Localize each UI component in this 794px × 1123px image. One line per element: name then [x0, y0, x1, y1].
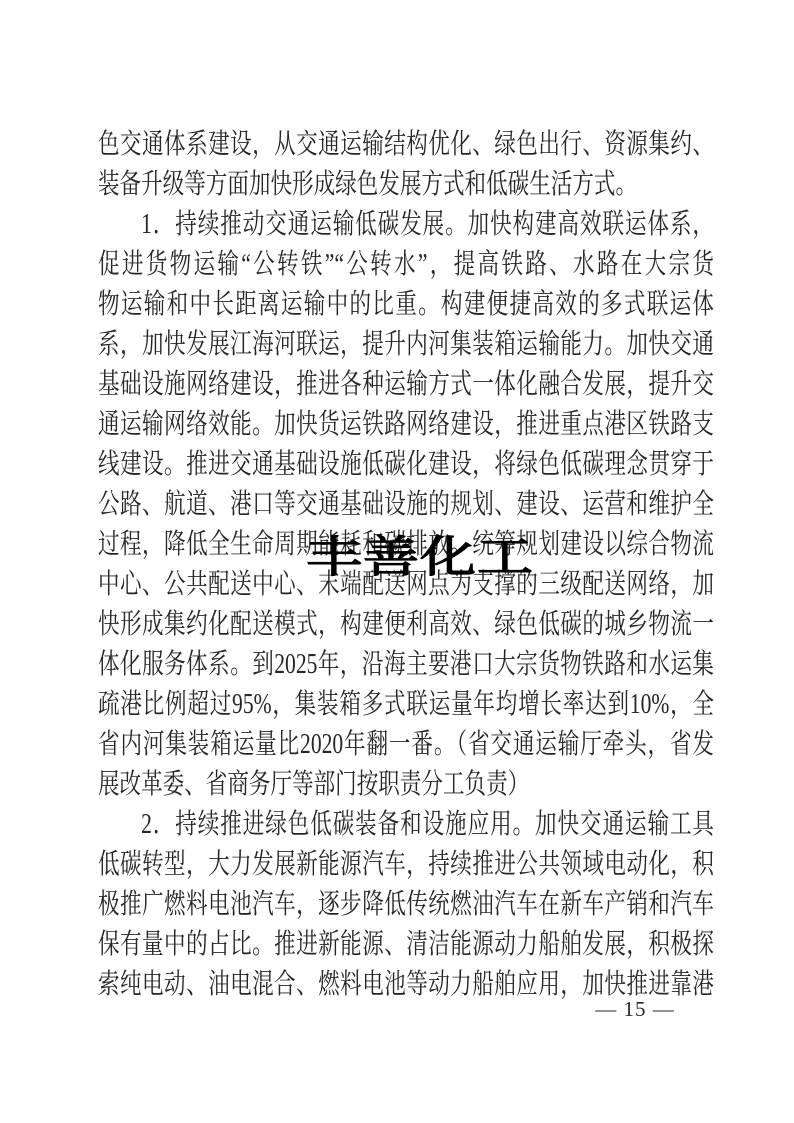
text-line: 基础设施网络建设，推进各种运输方式一体化融合发展，提升交	[98, 365, 714, 405]
page-number: — 15 —	[560, 997, 710, 1022]
text-line: 展改革委、省商务厅等部门按职责分工负责）	[98, 765, 714, 805]
text-line: 公路、航道、港口等交通基础设施的规划、建设、运营和维护全	[98, 485, 714, 525]
text-line: 物运输和中长距离运输中的比重。构建便捷高效的多式联运体	[98, 285, 714, 325]
document-page: 色交通体系建设，从交通运输结构优化、绿色出行、资源集约、装备升级等方面加快形成绿…	[0, 0, 794, 1123]
text-line: 色交通体系建设，从交通运输结构优化、绿色出行、资源集约、	[98, 125, 714, 165]
text-line: 极推广燃料电池汽车，逐步降低传统燃油汽车在新车产销和汽车	[98, 885, 714, 925]
text-line: 线建设。推进交通基础设施低碳化建设，将绿色低碳理念贯穿于	[98, 445, 714, 485]
text-line: 系，加快发展江海河联运，提升内河集装箱运输能力。加快交通	[98, 325, 714, 365]
text-line: 通运输网络效能。加快货运铁路网络建设，推进重点港区铁路支	[98, 405, 714, 445]
watermark: 丰善化工	[306, 536, 534, 580]
text-line: 低碳转型，大力发展新能源汽车，持续推进公共领域电动化，积	[98, 845, 714, 885]
text-line: 保有量中的占比。推进新能源、清洁能源动力船舶发展，积极探	[98, 925, 714, 965]
text-line: 疏港比例超过95%，集装箱多式联运量年均增长率达到10%，全	[98, 685, 714, 725]
text-line: 快形成集约化配送模式，构建便利高效、绿色低碳的城乡物流一	[98, 605, 714, 645]
text-line: 1．持续推动交通运输低碳发展。加快构建高效联运体系，	[98, 205, 714, 245]
text-line: 促进货物运输“公转铁”“公转水”，提高铁路、水路在大宗货	[98, 245, 714, 285]
text-line: 2．持续推进绿色低碳装备和设施应用。加快交通运输工具	[98, 805, 714, 845]
text-line: 装备升级等方面加快形成绿色发展方式和低碳生活方式。	[98, 165, 714, 205]
text-line: 体化服务体系。到2025年，沿海主要港口大宗货物铁路和水运集	[98, 645, 714, 685]
text-line: 省内河集装箱运量比2020年翻一番。（省交通运输厅牵头，省发	[98, 725, 714, 765]
